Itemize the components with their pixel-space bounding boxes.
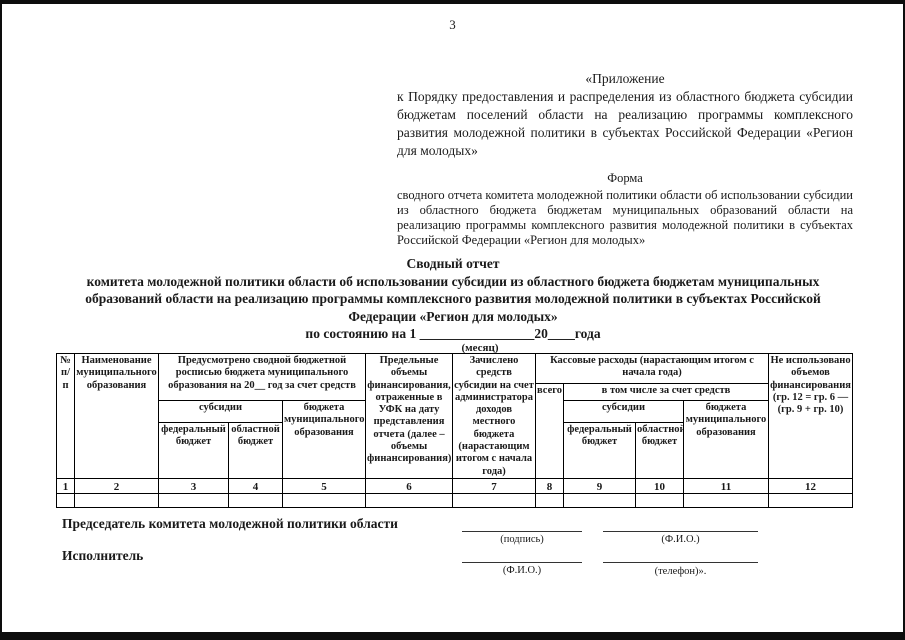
- empty-data-row: [57, 494, 853, 508]
- col-header-regional-right: областной бюджет: [636, 423, 684, 479]
- col-header-including: в том числе за счет средств: [564, 384, 769, 401]
- report-title-line1: Сводный отчет: [58, 255, 848, 273]
- fio-line: [462, 549, 582, 563]
- empty-cell: [636, 494, 684, 508]
- fio-line: [603, 518, 758, 532]
- col-header-municipality: Наименование муниципального образования: [75, 354, 159, 479]
- annex-heading: «Приложение: [397, 70, 853, 88]
- col-header-provided: Предусмотрено сводной бюджетной росписью…: [159, 354, 366, 401]
- col-header-num: № п/п: [57, 354, 75, 479]
- fio-caption: (Ф.И.О.): [603, 534, 758, 545]
- annex-block: «Приложение к Порядку предоставления и р…: [397, 70, 853, 160]
- signature-line: [462, 518, 582, 532]
- empty-cell: [453, 494, 536, 508]
- column-number: 9: [564, 479, 636, 494]
- empty-cell: [684, 494, 769, 508]
- empty-cell: [536, 494, 564, 508]
- column-number: 1: [57, 479, 75, 494]
- empty-cell: [159, 494, 229, 508]
- column-number: 2: [75, 479, 159, 494]
- scan-edge-bottom: [0, 632, 905, 640]
- col-header-unused: Не использовано объемов финансирования (…: [769, 354, 853, 479]
- report-title-date-line: по состоянию на 1 _________________20___…: [58, 325, 848, 343]
- column-number: 6: [366, 479, 453, 494]
- report-title: Сводный отчет комитета молодежной полити…: [58, 255, 848, 354]
- report-title-line2: комитета молодежной политики области об …: [58, 273, 848, 326]
- empty-cell: [229, 494, 283, 508]
- col-header-municipal-left: бюджета муниципального образования: [283, 401, 366, 479]
- col-header-regional-left: областной бюджет: [229, 423, 283, 479]
- col-header-cash: Кассовые расходы (нарастающим итогом с н…: [536, 354, 769, 384]
- chairman-title: Председатель комитета молодежной политик…: [62, 516, 398, 531]
- column-number: 8: [536, 479, 564, 494]
- col-header-federal-left: федеральный бюджет: [159, 423, 229, 479]
- phone-line: [603, 549, 758, 563]
- empty-cell: [57, 494, 75, 508]
- empty-cell: [366, 494, 453, 508]
- column-number: 12: [769, 479, 853, 494]
- scan-edge-top: [0, 0, 905, 4]
- col-header-limits: Предельные объемы финансирования, отраже…: [366, 354, 453, 479]
- month-note: (месяц): [112, 343, 848, 354]
- form-note-body: сводного отчета комитета молодежной поли…: [397, 188, 853, 248]
- column-number: 5: [283, 479, 366, 494]
- signature-caption: (подпись): [462, 534, 582, 545]
- empty-cell: [769, 494, 853, 508]
- empty-cell: [283, 494, 366, 508]
- col-header-total: всего: [536, 384, 564, 479]
- scan-edge-left: [0, 0, 2, 640]
- empty-cell: [75, 494, 159, 508]
- page-number: 3: [0, 17, 905, 33]
- column-number: 7: [453, 479, 536, 494]
- column-number: 11: [684, 479, 769, 494]
- form-note-block: Форма сводного отчета комитета молодежно…: [397, 171, 853, 248]
- col-header-federal-right: федеральный бюджет: [564, 423, 636, 479]
- column-number: 10: [636, 479, 684, 494]
- col-header-subsidies-right: субсидии: [564, 401, 684, 423]
- column-number: 3: [159, 479, 229, 494]
- col-header-subsidies-left: субсидии: [159, 401, 283, 423]
- col-header-credited: Зачислено средств субсидии на счет админ…: [453, 354, 536, 479]
- col-header-municipal-right: бюджета муниципального образования: [684, 401, 769, 479]
- executor-title: Исполнитель: [62, 548, 143, 563]
- column-number-row: 1 2 3 4 5 6 7 8 9 10 11 12: [57, 479, 853, 494]
- empty-cell: [564, 494, 636, 508]
- summary-report-table: № п/п Наименование муниципального образо…: [56, 353, 853, 508]
- column-number: 4: [229, 479, 283, 494]
- phone-caption: (телефон)».: [603, 566, 758, 577]
- annex-body: к Порядку предоставления и распределения…: [397, 88, 853, 160]
- fio-caption: (Ф.И.О.): [462, 565, 582, 576]
- form-note-heading: Форма: [397, 171, 853, 186]
